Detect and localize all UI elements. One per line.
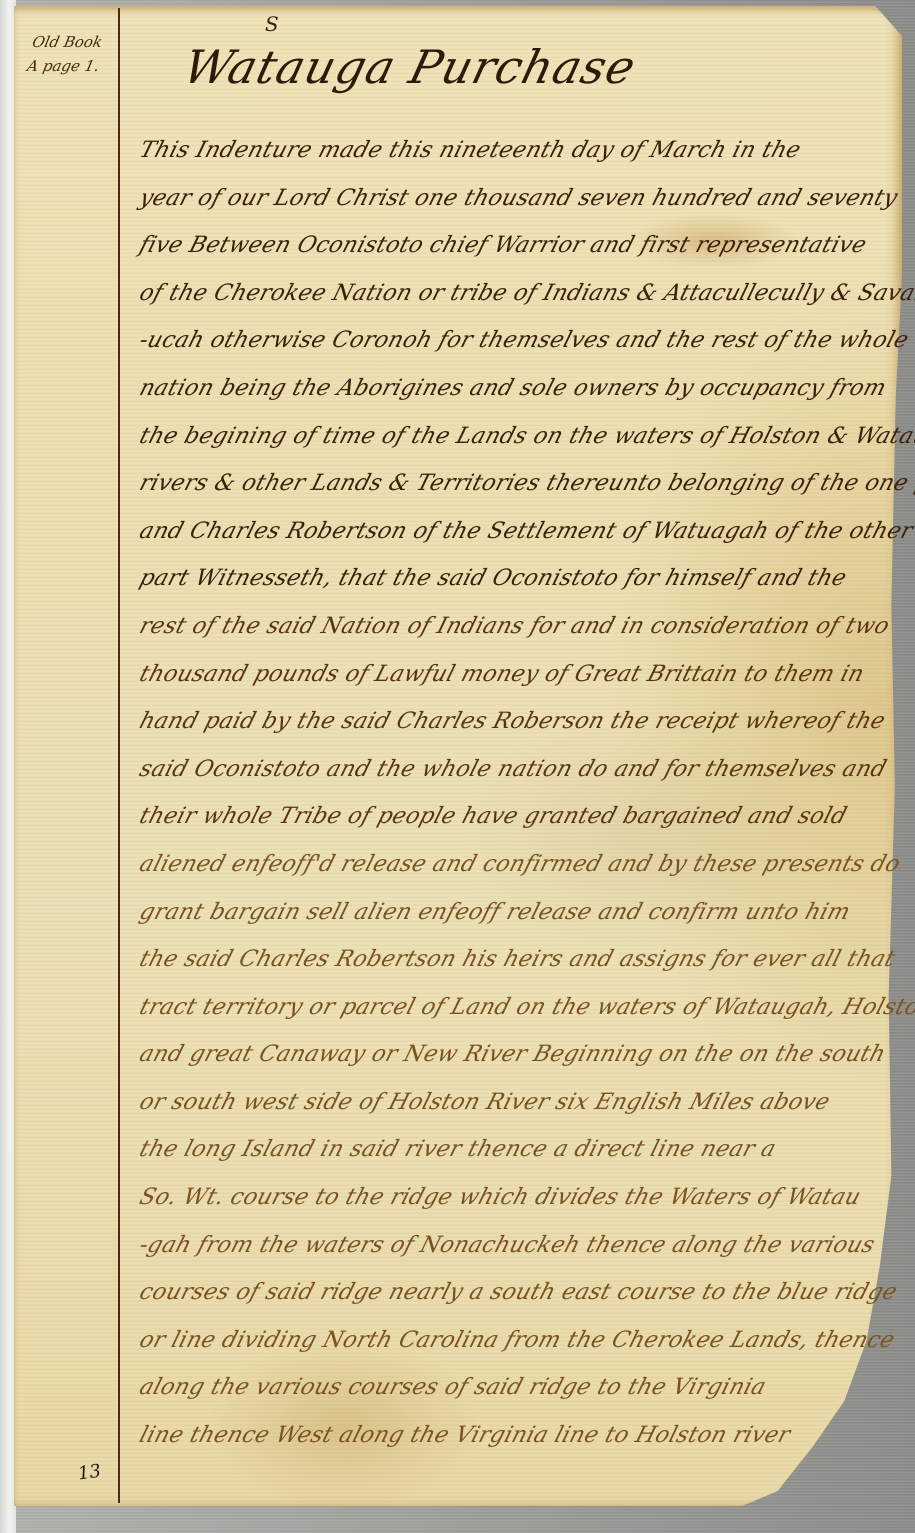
text-line: and Charles Robertson of the Settlement … [133, 508, 915, 556]
text-line: grant bargain sell alien enfeoff release… [133, 889, 915, 937]
folio-number: 13 [77, 1461, 103, 1485]
text-line: five Between Oconistoto chief Warrior an… [133, 222, 915, 270]
title-flourish: S [265, 12, 279, 36]
text-line: the said Charles Robertson his heirs and… [133, 936, 915, 984]
text-line: tract territory or parcel of Land on the… [133, 984, 915, 1032]
text-line: thousand pounds of Lawful money of Great… [133, 651, 915, 699]
text-line: So. Wt. course to the ridge which divide… [133, 1174, 915, 1222]
text-line: line thence West along the Virginia line… [133, 1412, 915, 1460]
text-line: along the various courses of said ridge … [133, 1364, 915, 1412]
marginal-note: Old Book A page 1. [25, 30, 121, 78]
text-line: part Witnesseth, that the said Oconistot… [133, 555, 915, 603]
binding-edge [0, 0, 16, 1533]
text-line: their whole Tribe of people have granted… [133, 793, 915, 841]
text-line: -gah from the waters of Nonachuckeh then… [133, 1222, 915, 1270]
text-line: hand paid by the said Charles Roberson t… [133, 698, 915, 746]
text-line: -ucah otherwise Coronoh for themselves a… [133, 317, 915, 365]
text-line: the begining of time of the Lands on the… [133, 413, 915, 461]
marginal-note-line-1: Old Book [30, 30, 121, 54]
text-line: courses of said ridge nearly a south eas… [133, 1269, 915, 1317]
text-line: year of our Lord Christ one thousand sev… [133, 175, 915, 223]
deed-body: This Indenture made this nineteenth day … [140, 127, 915, 1460]
text-line: of the Cherokee Nation or tribe of India… [133, 270, 915, 318]
document-title: Watauga Purchase [178, 40, 641, 94]
text-line: This Indenture made this nineteenth day … [133, 127, 915, 175]
margin-rule [118, 8, 120, 1503]
text-line: rivers & other Lands & Territories there… [133, 460, 915, 508]
text-line: rest of the said Nation of Indians for a… [133, 603, 915, 651]
text-line: nation being the Aborigines and sole own… [133, 365, 915, 413]
text-line: aliened enfeoff'd release and confirmed … [133, 841, 915, 889]
marginal-note-line-2: A page 1. [25, 54, 116, 78]
text-line: and great Canaway or New River Beginning… [133, 1031, 915, 1079]
text-line: or south west side of Holston River six … [133, 1079, 915, 1127]
text-line: said Oconistoto and the whole nation do … [133, 746, 915, 794]
text-line: or line dividing North Carolina from the… [133, 1317, 915, 1365]
text-line: the long Island in said river thence a d… [133, 1126, 915, 1174]
